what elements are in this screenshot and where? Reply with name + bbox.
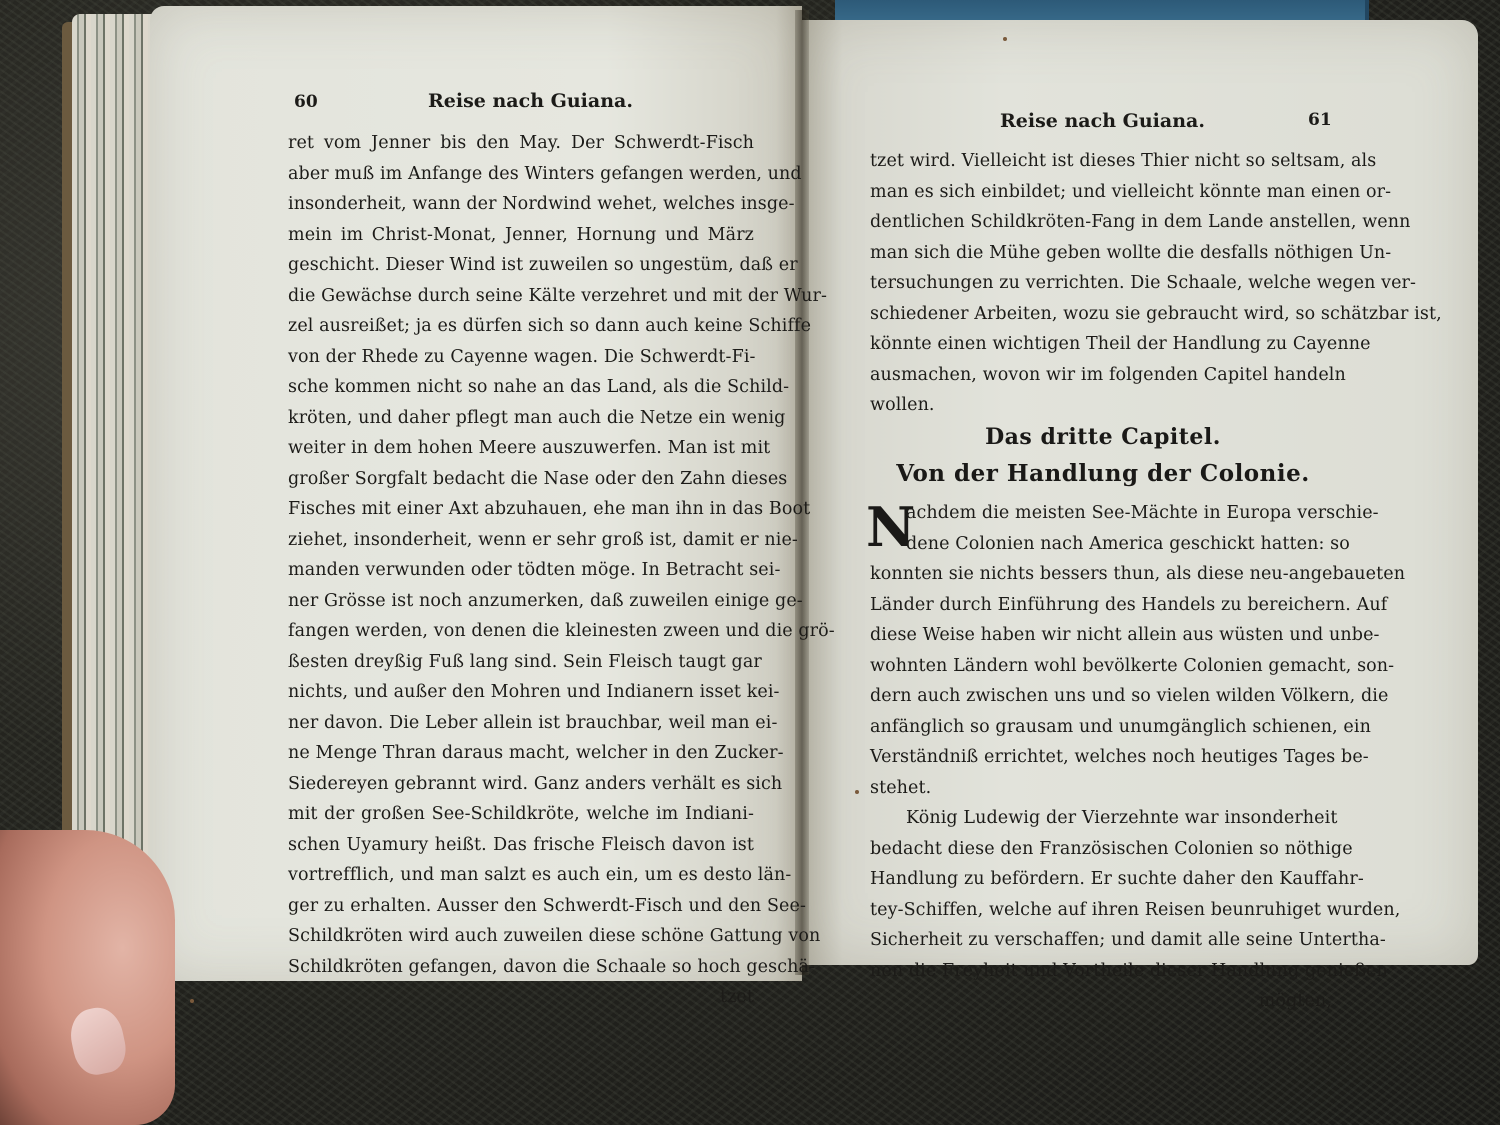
- text-line: diese Weise haben wir nicht allein aus w…: [870, 620, 1332, 651]
- text-line: vortrefflich, und man salzt es auch ein,…: [288, 860, 754, 891]
- text-line: dentlichen Schildkröten-Fang in dem Land…: [870, 207, 1332, 238]
- text-line: König Ludewig der Vierzehnte war insonde…: [870, 803, 1332, 834]
- text-line: mein im Christ-Monat, Jenner, Hornung un…: [288, 220, 754, 251]
- text-line: stehet.: [870, 773, 1332, 804]
- text-line: Schildkröten wird auch zuweilen diese sc…: [288, 921, 754, 952]
- text-line: Sicherheit zu verschaffen; und damit all…: [870, 925, 1332, 956]
- foxing-spot: [1003, 37, 1007, 41]
- text-line: ner Grösse ist noch anzumerken, daß zuwe…: [288, 586, 754, 617]
- text-line: ziehet, insonderheit, wenn er sehr groß …: [288, 525, 754, 556]
- text-line: ner davon. Die Leber allein ist brauchba…: [288, 708, 754, 739]
- text-line: nichts, und außer den Mohren und Indiane…: [288, 677, 754, 708]
- text-line: dene Colonien nach America geschickt hat…: [870, 529, 1332, 560]
- text-line: aber muß im Anfange des Winters gefangen…: [288, 159, 754, 190]
- text-line: Verständniß errichtet, welches noch heut…: [870, 742, 1332, 773]
- text-line: Schildkröten gefangen, davon die Schaale…: [288, 952, 754, 983]
- left-page-number: 60: [294, 92, 318, 112]
- text-line: Siedereyen gebrannt wird. Ganz anders ve…: [288, 769, 754, 800]
- text-line: Fisches mit einer Axt abzuhauen, ehe man…: [288, 494, 754, 525]
- text-line: zel ausreißet; ja es dürfen sich so dann…: [288, 311, 754, 342]
- right-page-body-top: tzet wird. Vielleicht ist dieses Thier n…: [870, 146, 1332, 421]
- text-line: man sich die Mühe geben wollte die desfa…: [870, 238, 1332, 269]
- text-line: tersuchungen zu verrichten. Die Schaale,…: [870, 268, 1332, 299]
- text-line: könnte einen wichtigen Theil der Handlun…: [870, 329, 1332, 360]
- book-gutter: [795, 10, 809, 975]
- foxing-spot: [855, 790, 859, 794]
- text-line: insonderheit, wann der Nordwind wehet, w…: [288, 189, 754, 220]
- text-line: ger zu erhalten. Ausser den Schwerdt-Fis…: [288, 891, 754, 922]
- chapter-heading: Das dritte Capitel.: [868, 424, 1338, 450]
- text-line: ßesten dreyßig Fuß lang sind. Sein Fleis…: [288, 647, 754, 678]
- text-line: ret vom Jenner bis den May. Der Schwerdt…: [288, 128, 754, 159]
- text-line: ausmachen, wovon wir im folgenden Capite…: [870, 360, 1332, 391]
- foxing-spot: [190, 999, 194, 1003]
- right-running-head: Reise nach Guiana.: [1000, 110, 1205, 132]
- text-line: dern auch zwischen uns und so vielen wil…: [870, 681, 1332, 712]
- right-page-number: 61: [1308, 110, 1332, 130]
- text-line: Handlung zu befördern. Er suchte daher d…: [870, 864, 1332, 895]
- text-line: nen die Freyheit und Vortheile dieser Ha…: [870, 956, 1332, 987]
- catchword: tzet: [288, 982, 754, 1013]
- text-line: manden verwunden oder tödten möge. In Be…: [288, 555, 754, 586]
- text-line: kröten, und daher pflegt man auch die Ne…: [288, 403, 754, 434]
- left-running-head: Reise nach Guiana.: [428, 90, 633, 112]
- text-line: geschicht. Dieser Wind ist zuweilen so u…: [288, 250, 754, 281]
- text-line: von der Rhede zu Cayenne wagen. Die Schw…: [288, 342, 754, 373]
- text-line: tzet wird. Vielleicht ist dieses Thier n…: [870, 146, 1332, 177]
- text-line: ne Menge Thran daraus macht, welcher in …: [288, 738, 754, 769]
- left-page-body: ret vom Jenner bis den May. Der Schwerdt…: [288, 128, 754, 1013]
- chapter-subtitle: Von der Handlung der Colonie.: [868, 460, 1338, 487]
- text-line: man es sich einbildet; und vielleicht kö…: [870, 177, 1332, 208]
- catchword: mögten,: [870, 986, 1332, 1017]
- text-line: achdem die meisten See-Mächte in Europa …: [870, 498, 1332, 529]
- text-line: tey-Schiffen, welche auf ihren Reisen be…: [870, 895, 1332, 926]
- text-line: wollen.: [870, 390, 1332, 421]
- right-page-body-chapter: achdem die meisten See-Mächte in Europa …: [870, 498, 1332, 1017]
- text-line: fangen werden, von denen die kleinesten …: [288, 616, 754, 647]
- text-line: mit der großen See-Schildkröte, welche i…: [288, 799, 754, 830]
- text-line: konnten sie nichts bessers thun, als die…: [870, 559, 1332, 590]
- text-line: bedacht diese den Französischen Colonien…: [870, 834, 1332, 865]
- text-line: weiter in dem hohen Meere auszuwerfen. M…: [288, 433, 754, 464]
- text-line: Länder durch Einführung des Handels zu b…: [870, 590, 1332, 621]
- text-line: wohnten Ländern wohl bevölkerte Colonien…: [870, 651, 1332, 682]
- text-line: die Gewächse durch seine Kälte verzehret…: [288, 281, 754, 312]
- text-line: sche kommen nicht so nahe an das Land, a…: [288, 372, 754, 403]
- text-line: schen Uyamury heißt. Das frische Fleisch…: [288, 830, 754, 861]
- text-line: anfänglich so grausam und unumgänglich s…: [870, 712, 1332, 743]
- text-line: großer Sorgfalt bedacht die Nase oder de…: [288, 464, 754, 495]
- hand-thumb: [0, 830, 175, 1125]
- text-line: schiedener Arbeiten, wozu sie gebraucht …: [870, 299, 1332, 330]
